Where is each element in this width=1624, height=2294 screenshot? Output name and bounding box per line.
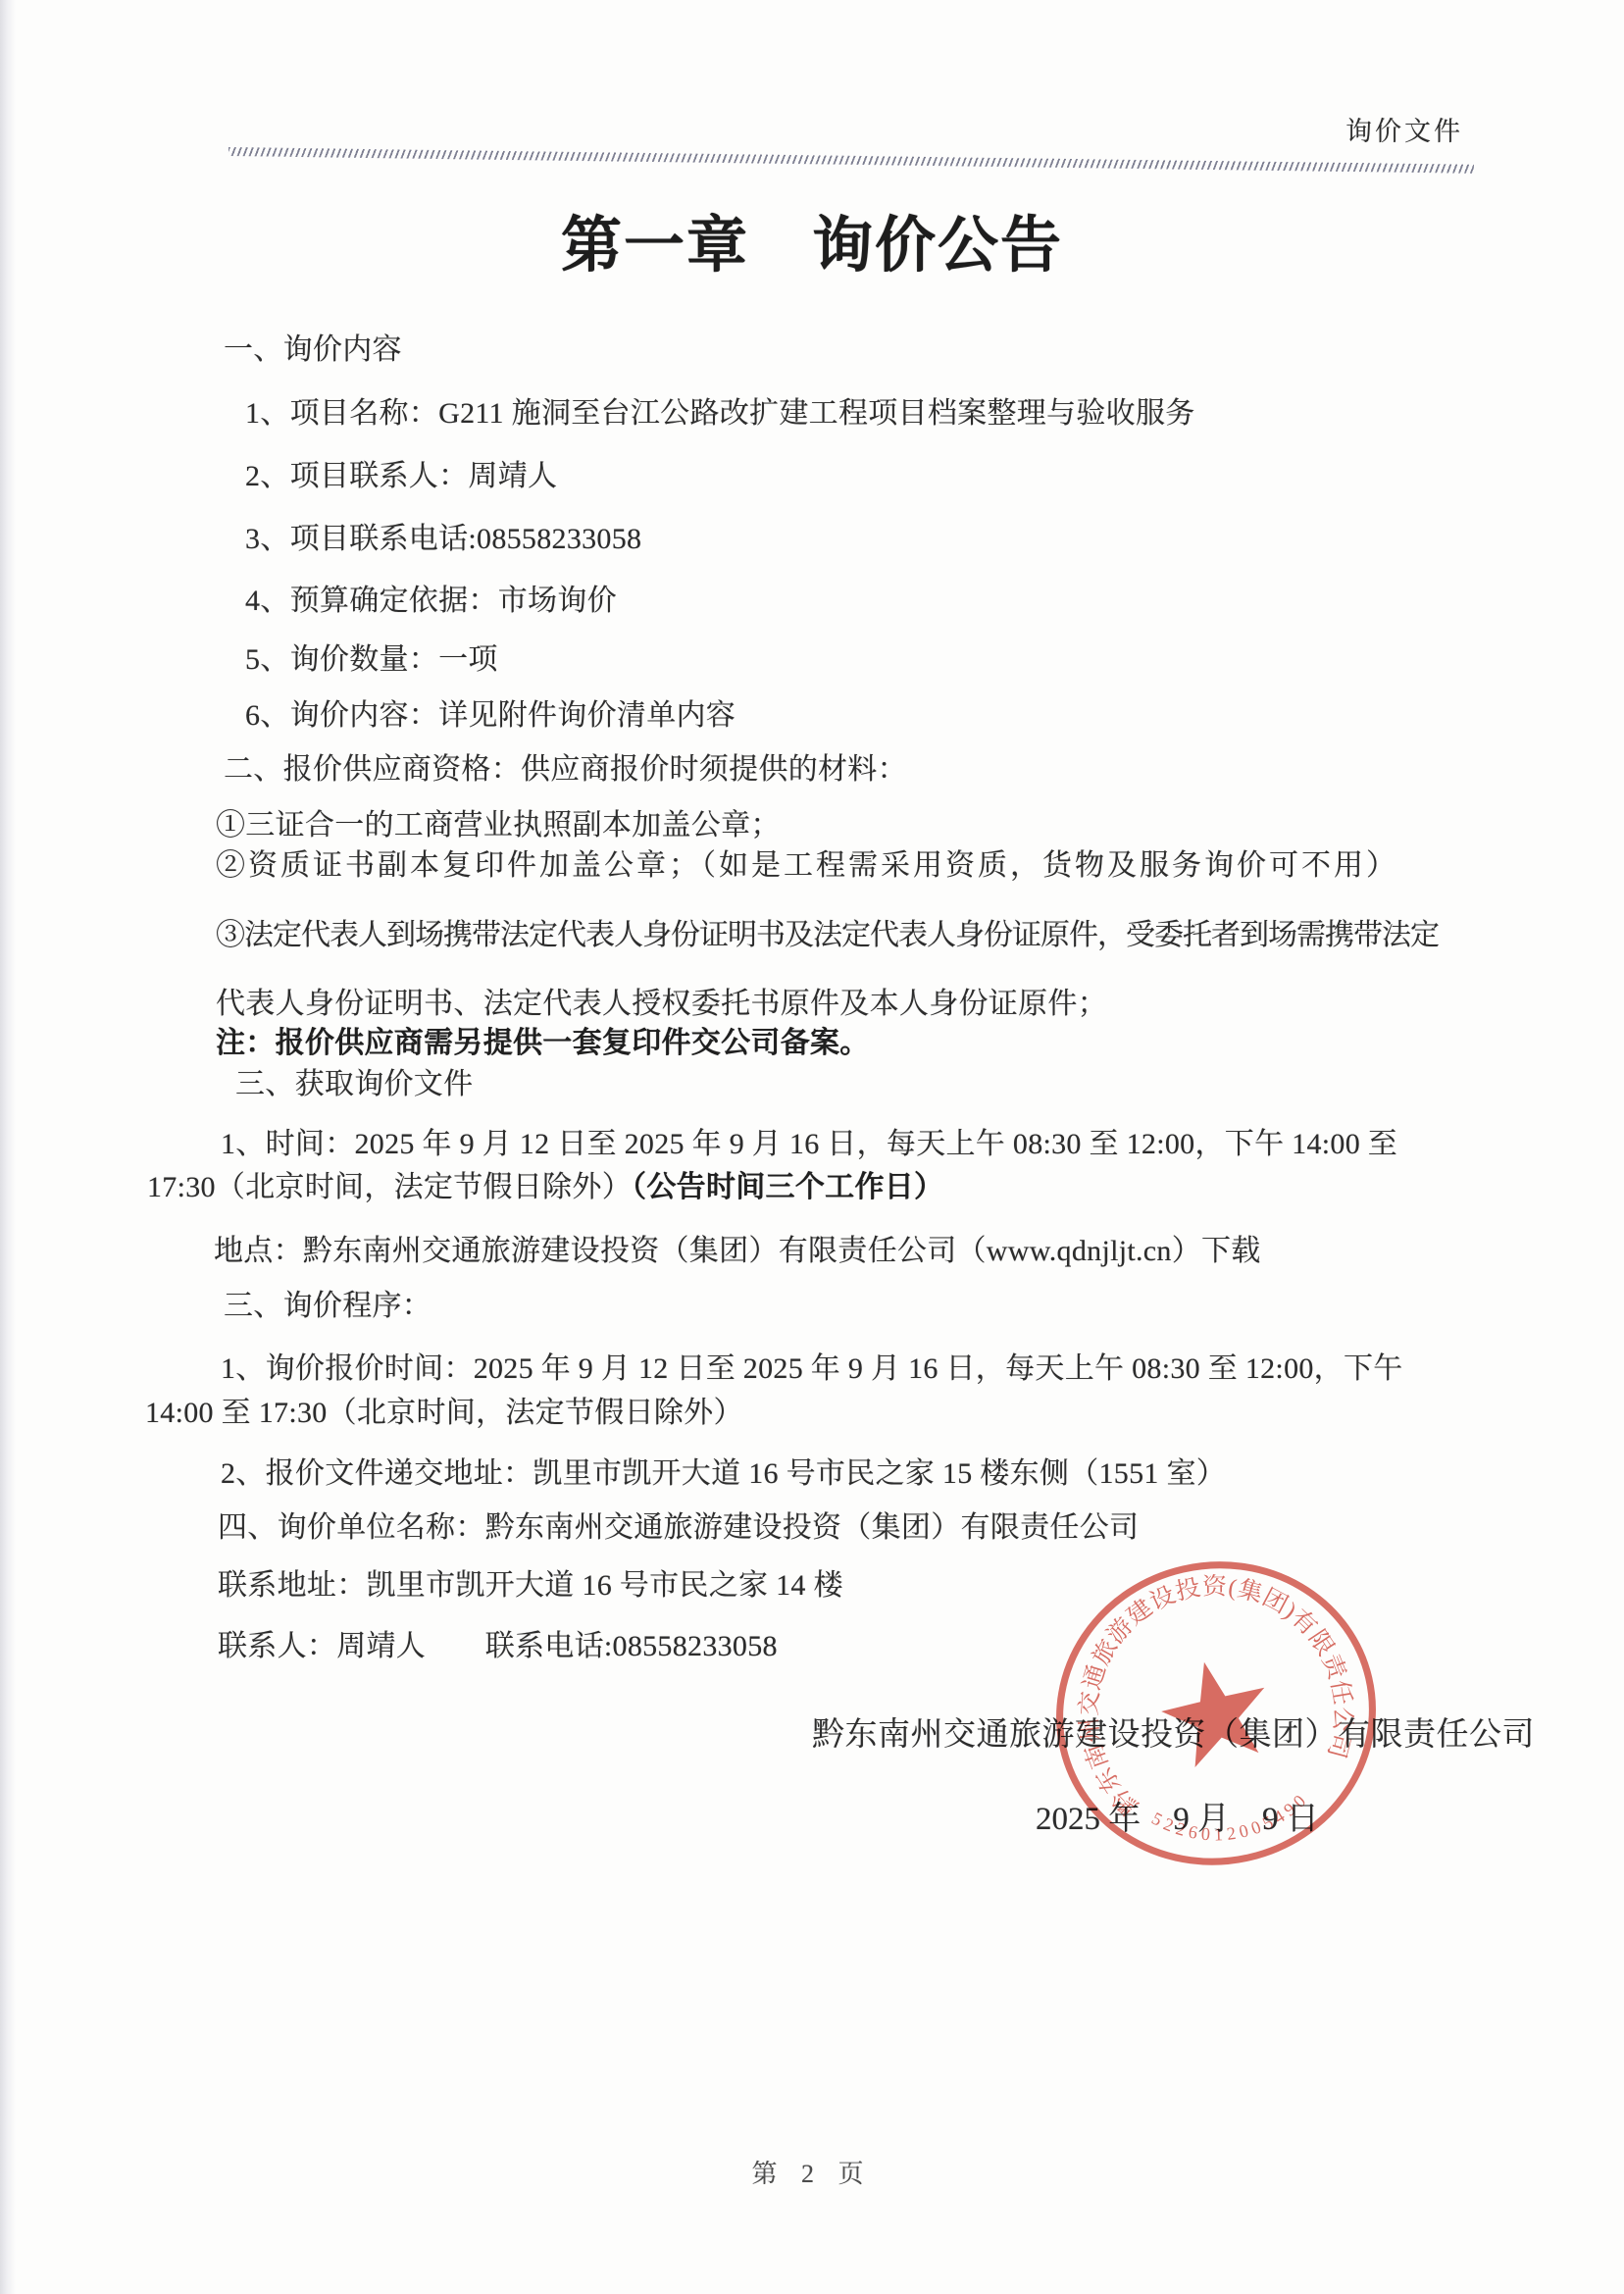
inquiry-quantity-item: 5、询价数量：一项 xyxy=(245,635,498,678)
submission-address-line: 2、报价文件递交地址：凯里市凯开大道 16 号市民之家 15 楼东侧（1551 … xyxy=(221,1449,1226,1492)
requirement-3-line1: ③法定代表人到场携带法定代表人身份证明书及法定代表人身份证原件，受委托者到场需携… xyxy=(216,910,1439,953)
obtain-time-line2-normal: 17:30（北京时间，法定节假日除外） xyxy=(147,1171,632,1203)
section4-heading: 三、询价程序： xyxy=(224,1281,431,1324)
star-icon xyxy=(1152,1651,1278,1772)
section3-heading: 三、获取询价文件 xyxy=(235,1059,473,1102)
note-line: 注：报价供应商需另提供一套复印件交公司备案。 xyxy=(216,1018,870,1061)
company-seal: 黔东南州交通旅游建设投资(集团)有限责任公司 5226012005490 xyxy=(1047,1559,1385,1877)
seal-serial-number: 5226012005490 xyxy=(1145,1774,1318,1861)
quote-time-line1: 1、询价报价时间：2025 年 9 月 12 日至 2025 年 9 月 16 … xyxy=(221,1344,1403,1387)
project-name-item: 1、项目名称：G211 施洞至台江公路改扩建工程项目档案整理与验收服务 xyxy=(245,388,1195,432)
download-location-line: 地点：黔东南州交通旅游建设投资（集团）有限责任公司（www.qdnjljt.cn… xyxy=(214,1226,1261,1269)
scan-edge-artifact xyxy=(0,0,16,2294)
section1-heading: 一、询价内容 xyxy=(224,325,402,368)
page-number: 第 2 页 xyxy=(0,2154,1624,2190)
requirement-1: ①三证合一的工商营业执照副本加盖公章； xyxy=(216,800,781,843)
project-contact-item: 2、项目联系人：周靖人 xyxy=(245,451,557,494)
document-title: 第一章 询价公告 xyxy=(0,196,1624,283)
obtain-time-line2: 17:30（北京时间，法定节假日除外）（公告时间三个工作日） xyxy=(147,1162,943,1205)
inquiry-content-item: 6、询价内容：详见附件询价清单内容 xyxy=(245,690,736,734)
obtain-time-line1: 1、时间：2025 年 9 月 12 日至 2025 年 9 月 16 日，每天… xyxy=(221,1119,1397,1162)
requirement-2: ②资质证书副本复印件加盖公章；（如是工程需采用资质，货物及服务询价可不用） xyxy=(216,841,1398,884)
section2-heading: 二、报价供应商资格：供应商报价时须提供的材料： xyxy=(224,744,907,788)
page-header-label: 询价文件 xyxy=(1345,110,1463,148)
section5-heading: 四、询价单位名称：黔东南州交通旅游建设投资（集团）有限责任公司 xyxy=(218,1503,1139,1546)
project-phone-item: 3、项目联系电话:08558233058 xyxy=(245,514,641,557)
contact-address-line: 联系地址：凯里市凯开大道 16 号市民之家 14 楼 xyxy=(218,1560,843,1604)
contact-person-line: 联系人：周靖人 联系电话:08558233058 xyxy=(218,1621,778,1664)
scanned-document-page: 询价文件 第一章 询价公告 一、询价内容 1、项目名称：G211 施洞至台江公路… xyxy=(0,0,1624,2294)
svg-text:5226012005490: 5226012005490 xyxy=(1145,1774,1318,1861)
requirement-3-line2: 代表人身份证明书、法定代表人授权委托书原件及本人身份证原件； xyxy=(216,979,1107,1022)
quote-time-line2: 14:00 至 17:30（北京时间，法定节假日除外） xyxy=(145,1388,743,1431)
announcement-period-bold: （公告时间三个工作日） xyxy=(632,1171,943,1203)
budget-basis-item: 4、预算确定依据：市场询价 xyxy=(245,576,617,619)
header-divider-line xyxy=(228,147,1474,174)
